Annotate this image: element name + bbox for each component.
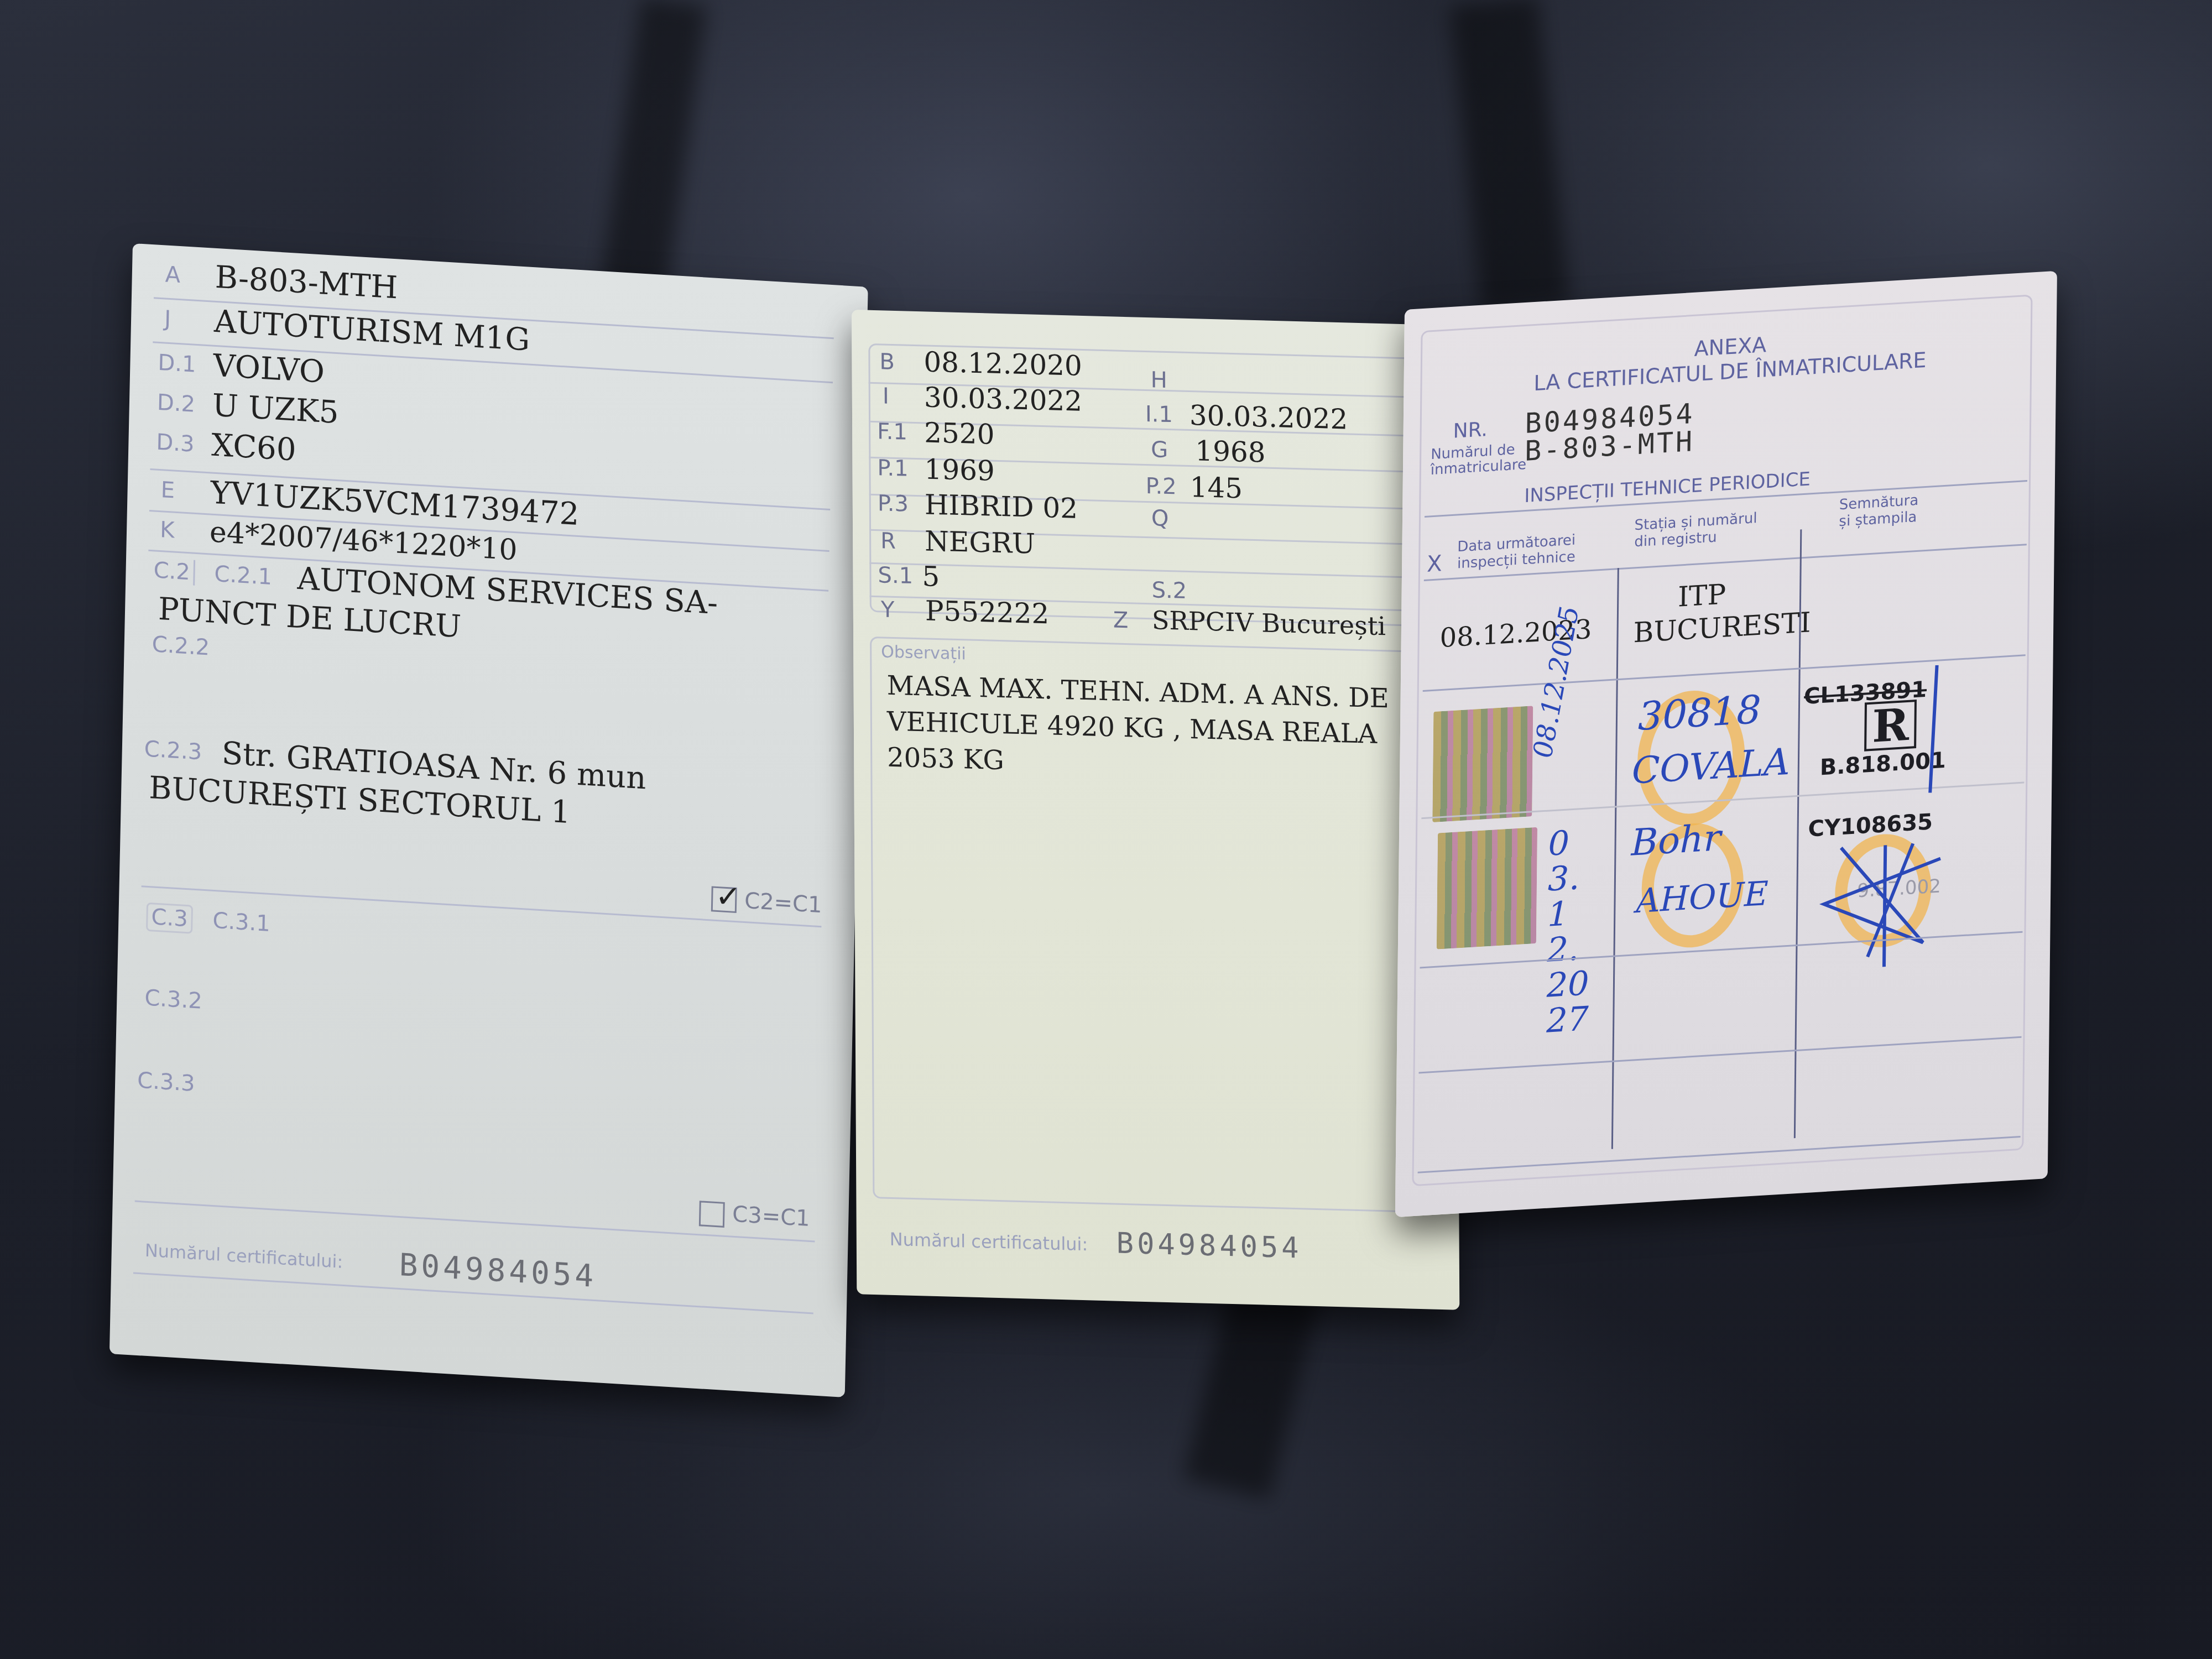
certificate-number-label: Numărul certificatului: [890, 1229, 1088, 1255]
field-code: F.1 [877, 419, 907, 445]
field-code: B [879, 349, 895, 375]
field-code: C.2.2 [152, 632, 210, 660]
handwritten-next-date: 03.12.2027 [1546, 823, 1598, 1039]
field-code: S.2 [1151, 577, 1187, 604]
field-code: K [160, 517, 175, 544]
c3-equals-c1-label: C3=C1 [732, 1202, 810, 1232]
field-p2-value: 145 [1190, 471, 1243, 505]
certificate-number-label: Numărul certificatului: [144, 1240, 343, 1272]
field-code: D.2 [157, 390, 196, 418]
c2-equals-c1-checkbox[interactable]: ✓ [711, 886, 737, 913]
field-code: C.3.1 [212, 908, 270, 937]
handwritten-station-name: AHOUE [1636, 874, 1768, 921]
field-code: Z [1113, 607, 1129, 633]
left-page: A B-803-MTH J AUTOTURISM M1G D.1 VOLVO D… [109, 243, 868, 1397]
field-code: G [1151, 437, 1168, 463]
field-code: Y [881, 597, 895, 623]
field-code: S.1 [878, 562, 913, 589]
registration-booklet: A B-803-MTH J AUTOTURISM M1G D.1 VOLVO D… [0, 0, 2212, 1659]
field-d1-value: VOLVO [213, 348, 325, 390]
field-g-value: 1968 [1195, 435, 1266, 468]
field-z-value: SRPCIV București [1152, 605, 1386, 641]
field-code: C.3.2 [144, 985, 202, 1014]
field-p3-value: HIBRID 02 [925, 488, 1078, 524]
observations-label: Observații [881, 642, 966, 664]
signature-icon [1801, 663, 1970, 972]
field-code: I [883, 383, 889, 409]
field-code: P.2 [1145, 473, 1176, 499]
field-b-value: 08.12.2020 [924, 346, 1082, 382]
field-code: I.1 [1145, 401, 1173, 427]
handwritten-station-number: Bohr [1631, 816, 1721, 864]
hologram-sticker [1437, 827, 1537, 950]
hologram-sticker [1432, 706, 1533, 822]
field-d3-value: XC60 [211, 427, 296, 468]
field-code: C.2 [153, 557, 195, 585]
field-a-value: B-803-MTH [215, 259, 398, 306]
field-code: Q [1151, 505, 1169, 531]
field-code: R [880, 528, 896, 554]
field-code: P.1 [877, 455, 908, 481]
field-code: C.3.3 [137, 1068, 195, 1097]
certificate-number-value: B04984054 [399, 1247, 597, 1295]
middle-page: B 08.12.2020 H I 30.03.2022 I.1 30.03.20… [852, 310, 1459, 1310]
field-f1-value: 2520 [924, 416, 995, 450]
field-y-value: P552222 [925, 594, 1050, 630]
field-code: C.2.1 [214, 561, 272, 590]
field-s1-value: 5 [922, 560, 940, 593]
field-code: P.3 [878, 491, 909, 517]
field-code: E [160, 477, 175, 503]
certificate-number-value: B04984054 [1117, 1227, 1302, 1265]
field-code: C.3 [146, 902, 193, 934]
observations-line3: 2053 KG [887, 742, 1004, 776]
x-marker: X [1427, 551, 1442, 577]
checkmark-icon: ✓ [715, 878, 742, 916]
inspection-station-line1: ITP [1678, 578, 1726, 613]
handwritten-station-number: 30818 [1638, 687, 1762, 739]
nr-label: NR. [1453, 418, 1488, 443]
field-code: D.1 [158, 350, 196, 378]
field-code: C.2.3 [144, 736, 202, 765]
c3-equals-c1-checkbox[interactable] [699, 1201, 725, 1228]
field-code: A [165, 262, 180, 289]
field-code: D.3 [156, 430, 195, 457]
field-d2-value: U UZK5 [212, 388, 339, 431]
field-p1-value: 1969 [924, 453, 995, 487]
right-page-annex: ANEXA LA CERTIFICATUL DE ÎNMATRICULARE N… [1395, 271, 2057, 1217]
field-code: J [164, 306, 171, 332]
field-r-color-value: NEGRU [925, 525, 1035, 560]
field-i-value: 30.03.2022 [924, 381, 1083, 418]
c2-equals-c1-label: C2=C1 [744, 888, 822, 918]
